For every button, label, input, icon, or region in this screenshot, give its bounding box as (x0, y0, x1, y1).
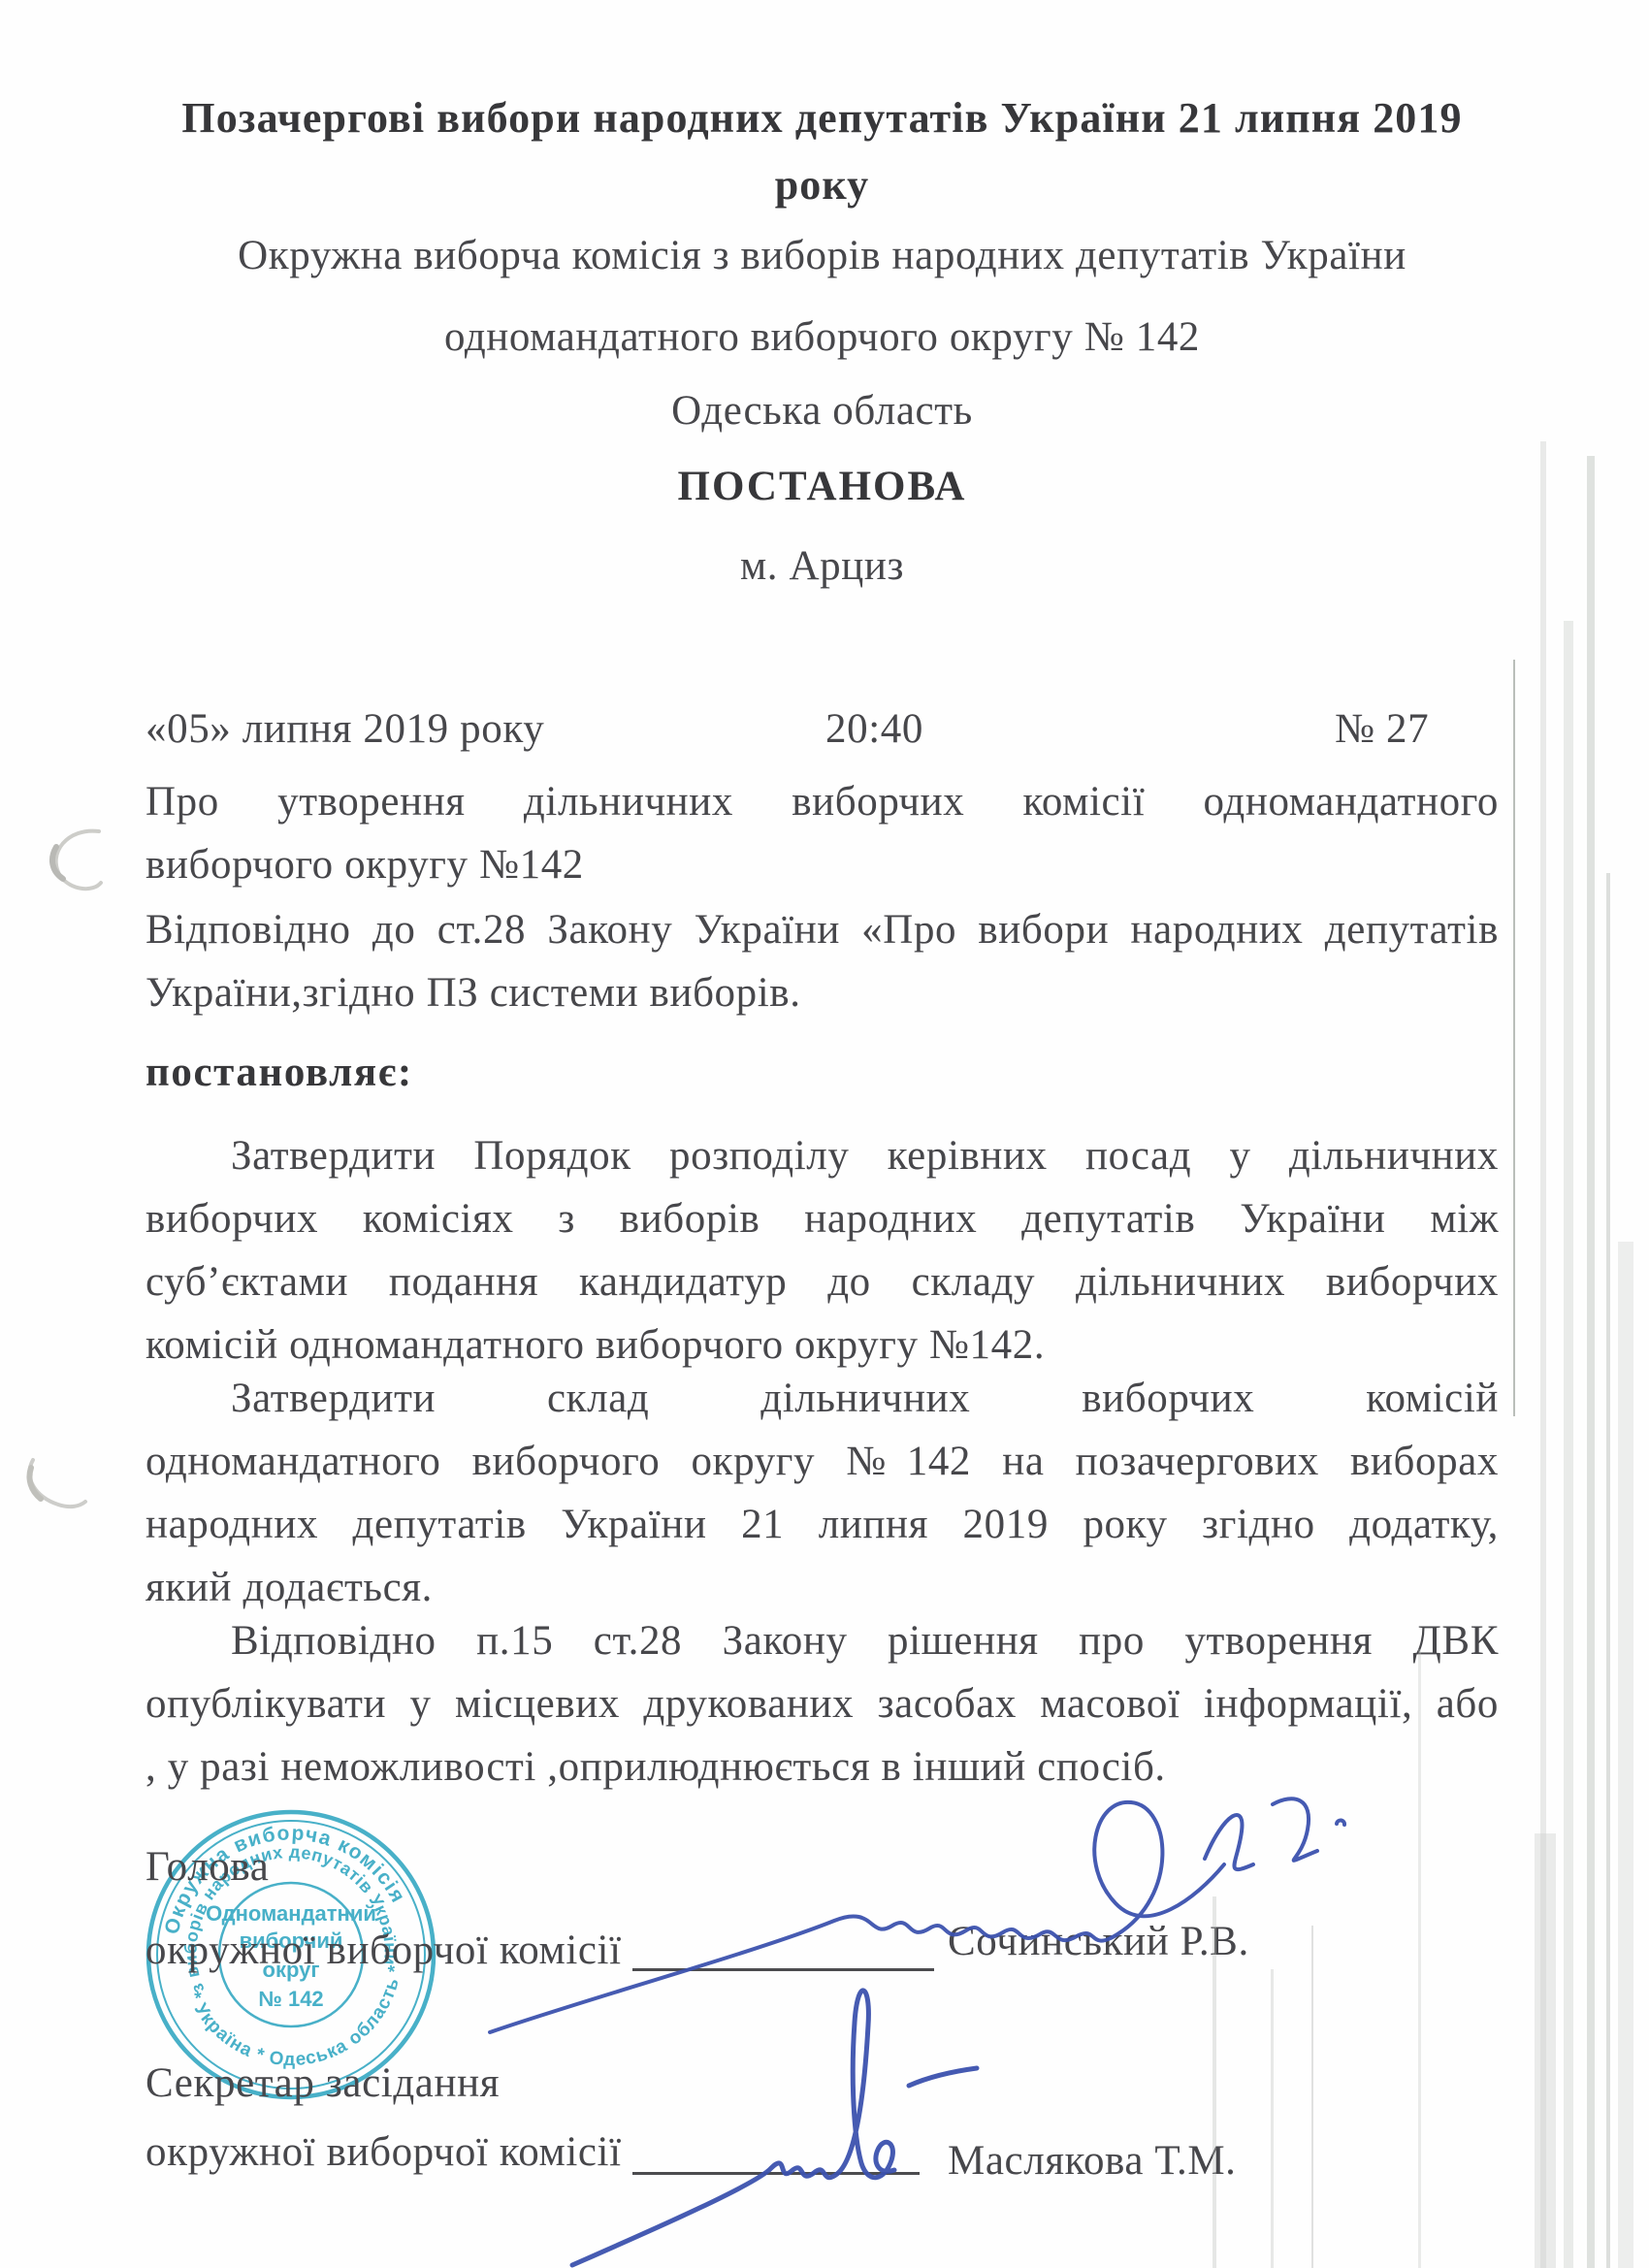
paragraph-line: Затвердити Порядок розподілу керівних по… (145, 1134, 1499, 1179)
doc-type: ПОСТАНОВА (145, 465, 1499, 509)
paragraph-line: Затвердити склад дільничних виборчих ком… (145, 1377, 1499, 1421)
stamp-center-line1: Одномандатний (206, 1901, 376, 1926)
scan-streak (1513, 660, 1515, 1416)
scan-streak (1535, 1833, 1556, 2268)
paragraph-line: одномандатного виборчого округу №142 на … (145, 1440, 1499, 1484)
doc-number: № 27 (1335, 707, 1429, 752)
basis-line: України,згідно ПЗ системи виборів. (145, 971, 1499, 1016)
heading-district: одномандатного виборчого округу № 142 (145, 315, 1499, 360)
subject-line: Про утворення дільничних виборчих комісі… (145, 780, 1499, 825)
scan-streak (1606, 873, 1610, 2268)
stamp-center-line4: № 142 (258, 1987, 323, 2011)
doc-title-line2: року (145, 162, 1499, 209)
paragraph-line: який додається. (145, 1566, 1499, 1610)
scan-streak (1618, 1242, 1633, 2268)
heading-region: Одеська область (145, 389, 1499, 434)
basis-line: Відповідно до ст.28 Закону України «Про … (145, 908, 1499, 953)
doc-title-line1: Позачергові вибори народних депутатів Ук… (145, 95, 1499, 142)
resolves-label: постановляє: (145, 1051, 1499, 1095)
scanned-document-page: Позачергові вибори народних депутатів Ук… (0, 0, 1649, 2268)
margin-smudge-mark (19, 1450, 107, 1528)
paragraph-line: суб’єктами подання кандидатур до складу … (145, 1260, 1499, 1305)
paragraph-line: опублікувати у місцевих друкованих засоб… (145, 1682, 1499, 1727)
paragraph-line: виборчих комісіях з виборів народних деп… (145, 1197, 1499, 1242)
secretary-signature-ink (436, 1775, 1455, 2268)
subject-line: виборчого округу №142 (145, 843, 1499, 888)
dateline: «05» липня 2019 року 20:40 № 27 (0, 707, 1649, 756)
doc-time: 20:40 (825, 707, 923, 752)
margin-smudge-mark (39, 820, 126, 907)
doc-date: «05» липня 2019 року (145, 707, 544, 752)
paragraph-line: Відповідно п.15 ст.28 Закону рішення про… (145, 1619, 1499, 1664)
heading-commission: Окружна виборча комісія з виборів народн… (145, 234, 1499, 278)
scan-streak (1564, 621, 1573, 2268)
paragraph-line: народних депутатів України 21 липня 2019… (145, 1503, 1499, 1547)
doc-place: м. Арциз (145, 544, 1499, 589)
paragraph-line: комісій одномандатного виборчого округу … (145, 1323, 1499, 1368)
